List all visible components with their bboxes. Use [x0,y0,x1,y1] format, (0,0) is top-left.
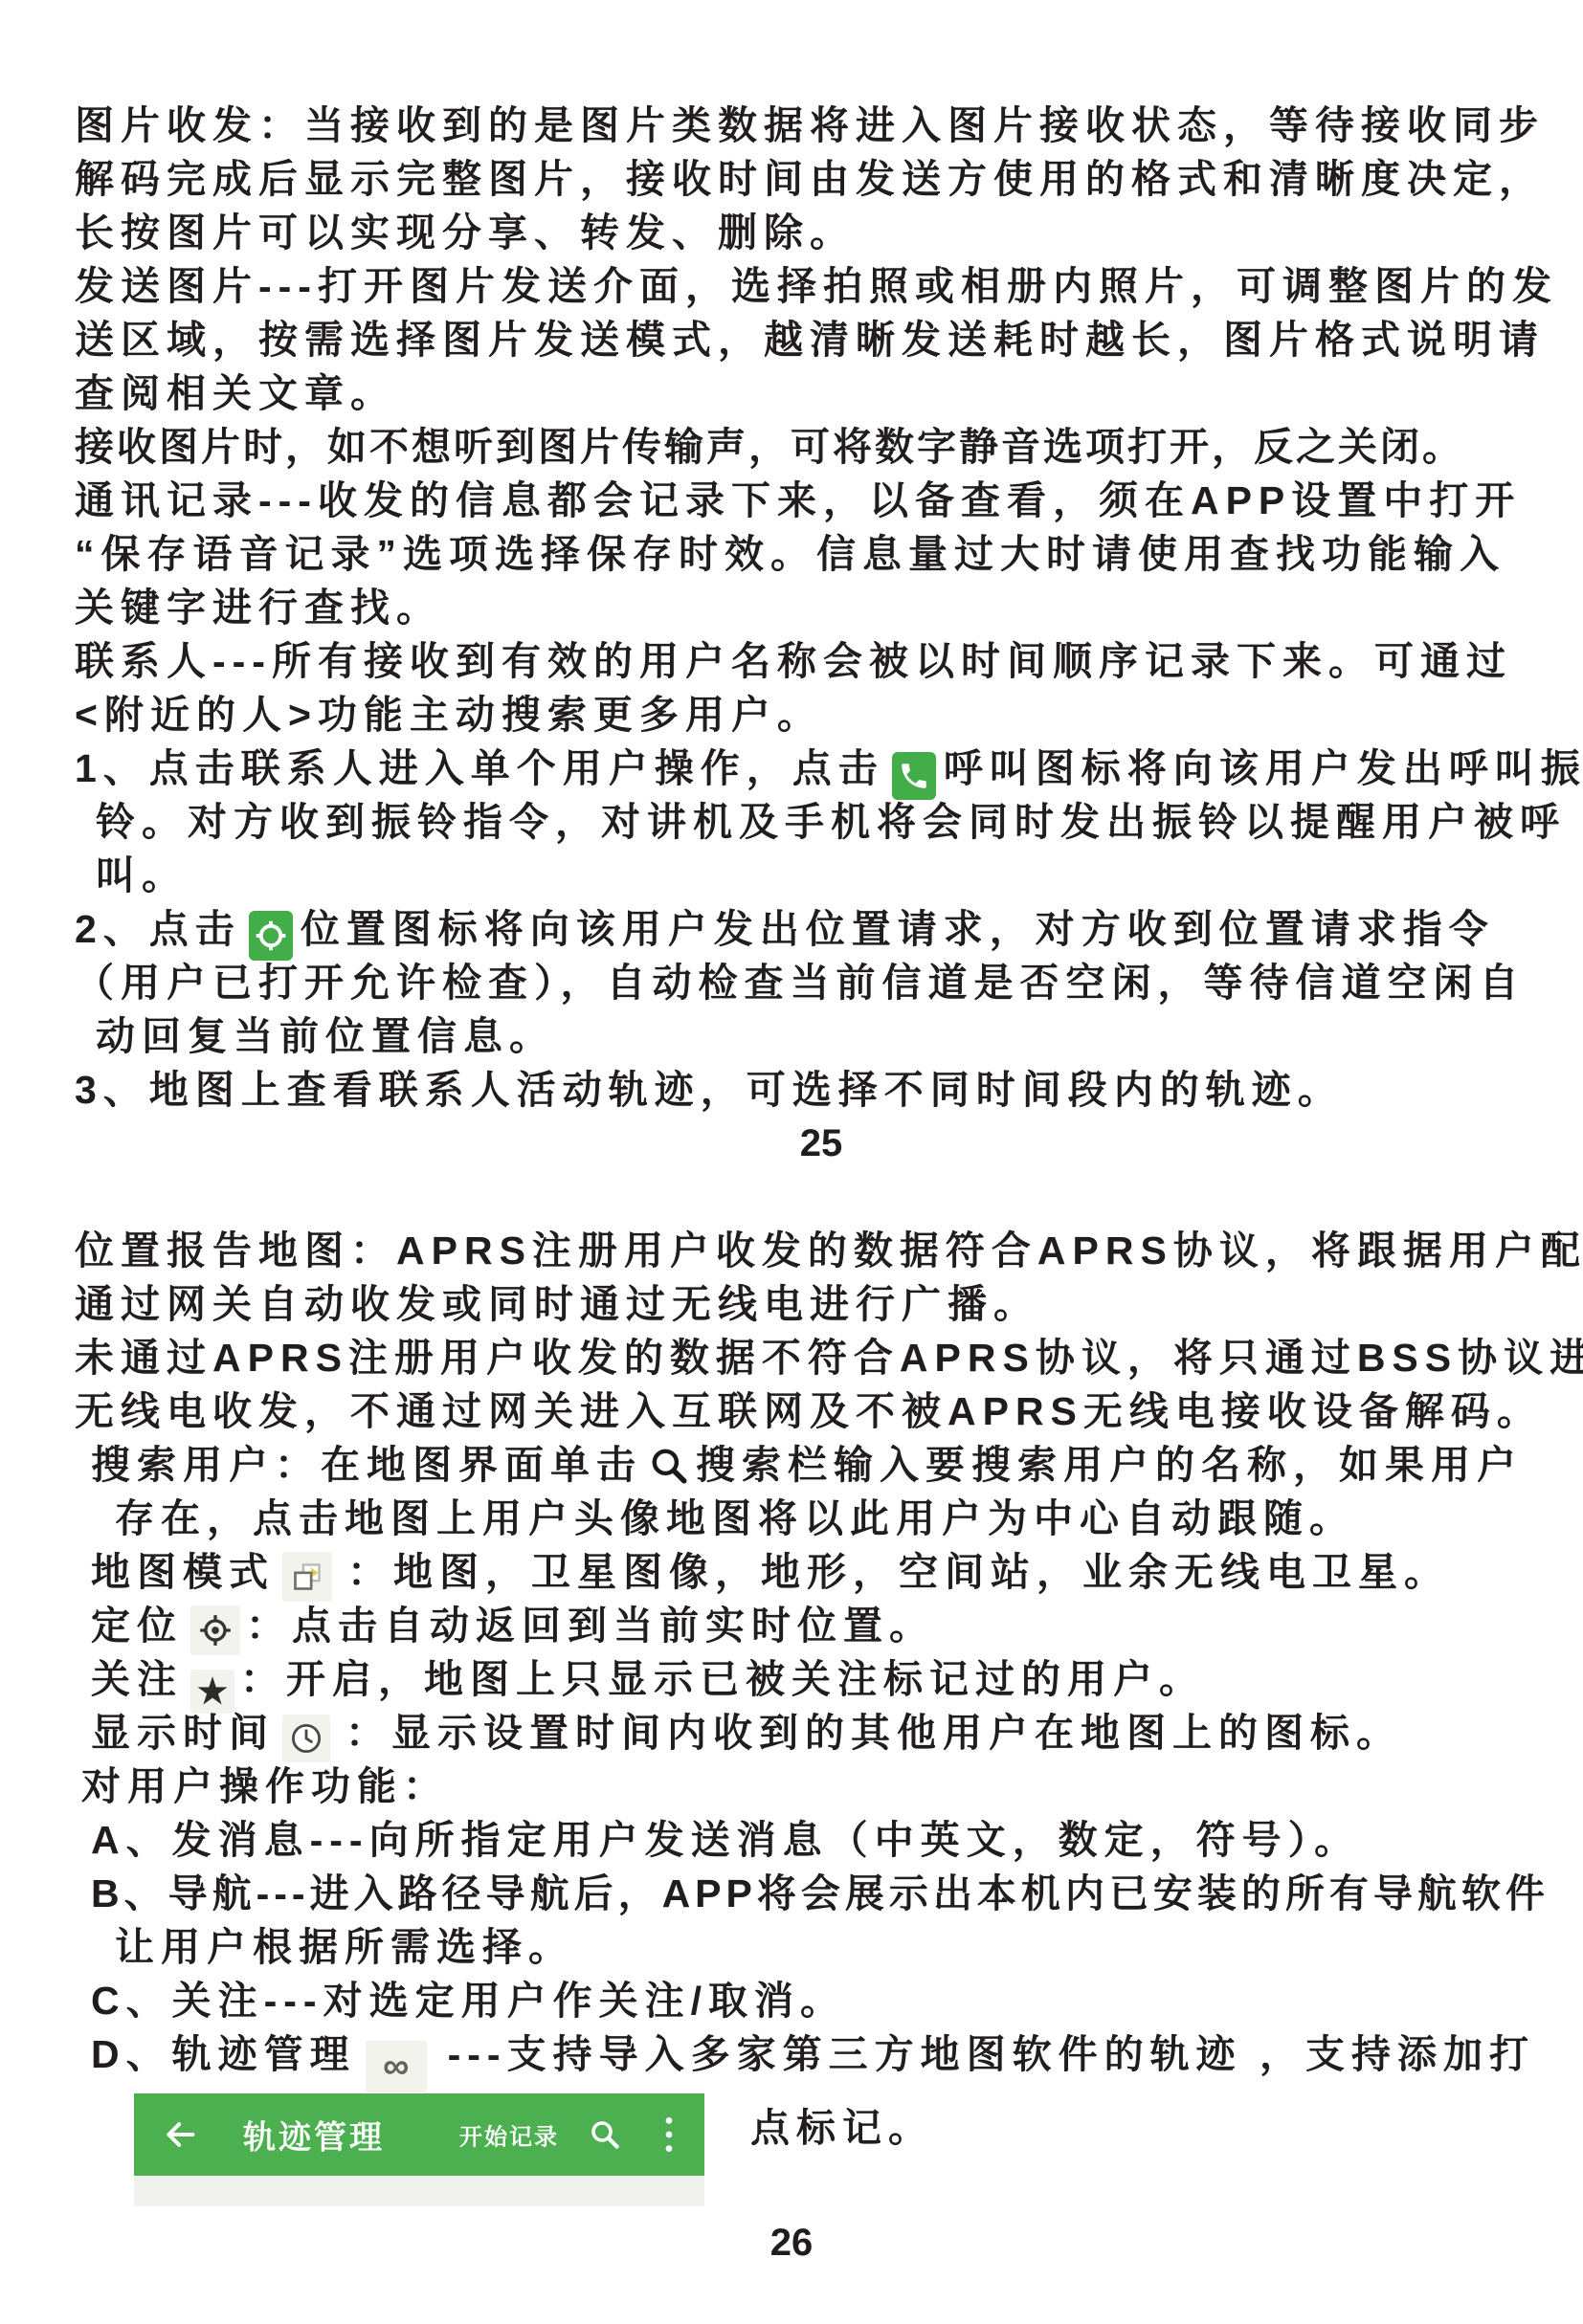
line-text: 未通过APRS注册用户收发的数据不符合APRS协议，将只通过BSS协议进行 [75,1336,1583,1380]
map-layers-icon [282,1552,332,1602]
toolbar-screenshot-content-strip [134,2176,704,2206]
line-text: ：显示设置时间内收到的其他用户在地图上的图标。 [346,1711,1402,1755]
doc-line: 未通过APRS注册用户收发的数据不符合APRS协议，将只通过BSS协议进行 [75,1331,1568,1384]
doc-line-continuation: 点标记。 [750,2101,934,2155]
line-text: ：开启，地图上只显示已被关注标记过的用户。 [240,1657,1205,1701]
doc-line-map-mode: 地图模式：地图，卫星图像，地形，空间站，业余无线电卫星。 [75,1545,1568,1599]
document-body: 图片收发：当接收到的是图片类数据将进入图片接收状态，等待接收同步 解码完成后显示… [75,99,1568,2081]
doc-line-search-user: 搜索用户：在地图界面单击搜索栏输入要搜索用户的名称，如果用户 [75,1438,1568,1492]
page-number-text: 26 [770,2222,814,2264]
doc-line-list-2: 2、点击位置图标将向该用户发出位置请求，对方收到位置请求指令 [75,902,1568,956]
line-text: “保存语音记录”选项选择保存时效。信息量过大时请使用查找功能输入 [75,532,1505,576]
doc-line-show-time: 显示时间：显示设置时间内收到的其他用户在地图上的图标。 [75,1706,1568,1760]
line-text: ---收发的信息都会记录下来，以备查看，须在APP设置中打开 [258,478,1521,522]
doc-line-op-b: B、导航---进入路径导航后，APP将会展示出本机内已安装的所有导航软件 [75,1867,1568,1920]
doc-line-follow: 关注★：开启，地图上只显示已被关注标记过的用户。 [75,1652,1568,1706]
term-contacts: 联系人 [75,639,212,683]
doc-line: 让用户根据所需选择。 [75,1920,1568,1974]
app-toolbar-screenshot: 轨迹管理 开始记录 [134,2093,704,2176]
my-location-icon [190,1605,240,1655]
doc-line: 长按图片可以实现分享、转发、删除。 [75,206,1568,259]
doc-line: 铃。对方收到振铃指令，对讲机及手机将会同时发出振铃以提醒用户被呼 [75,795,1568,849]
doc-line: 无线电收发，不通过网关进入互联网及不被APRS无线电接收设备解码。 [75,1384,1568,1438]
page-number-25: 25 [75,1117,1568,1170]
doc-line: 送区域，按需选择图片发送模式，越清晰发送耗时越长，图片格式说明请 [75,313,1568,366]
page-number-26: 26 [0,2222,1583,2265]
call-icon [892,752,936,800]
start-record-button[interactable]: 开始记录 [459,2118,559,2152]
doc-line-op-a: A、发消息---向所指定用户发送消息（中英文，数定，符号）。 [75,1813,1568,1867]
line-text: 动回复当前位置信息。 [96,1014,555,1058]
line-text: ：点击自动返回到当前实时位置。 [246,1604,935,1648]
doc-line: 关键字进行查找。 [75,581,1568,634]
doc-line: （用户已打开允许检查），自动检查当前信道是否空闲，等待信道空闲自 [75,956,1568,1009]
route-manager-icon: ∞ [366,2041,427,2092]
doc-line-op-d: D、轨迹管理∞---支持导入多家第三方地图软件的轨迹 ，支持添加打 [75,2027,1568,2081]
doc-line-locate: 定位：点击自动返回到当前实时位置。 [75,1599,1568,1652]
term-map-mode: 地图模式 [91,1550,275,1594]
doc-line-bold-note: 接收图片时，如不想听到图片传输声，可将数字静音选项打开，反之关闭。 [75,420,1568,474]
line-text: APRS注册用户收发的数据符合APRS协议，将跟据用户配置 [396,1228,1583,1273]
line-text: （用户已打开允许检查），自动检查当前信道是否空闲，等待信道空闲自 [75,961,1526,1005]
doc-line: 联系人---所有接收到有效的用户名称会被以时间顺序记录下来。可通过 [75,634,1568,688]
manual-page: 图片收发：当接收到的是图片类数据将进入图片接收状态，等待接收同步 解码完成后显示… [0,0,1583,2324]
line-text: 铃。对方收到振铃指令，对讲机及手机将会同时发出振铃以提醒用户被呼 [96,800,1566,844]
line-text: 位置图标将向该用户发出位置请求，对方收到位置请求指令 [301,907,1495,951]
doc-line: 动回复当前位置信息。 [75,1009,1568,1063]
doc-line-ops-heading: 对用户操作功能： [75,1760,1568,1813]
search-icon [648,1445,690,1487]
line-text: 解码完成后显示完整图片，接收时间由发送方使用的格式和清晰度决定， [75,157,1545,201]
line-text: 叫。 [96,853,188,897]
doc-line: 查阅相关文章。 [75,366,1568,420]
line-text: D、轨迹管理 [91,2032,356,2076]
overflow-menu-icon[interactable] [660,2114,678,2156]
doc-line: 位置报告地图：APRS注册用户收发的数据符合APRS协议，将跟据用户配置 [75,1224,1568,1277]
line-text: B、导航---进入路径导航后，APP将会展示出本机内已安装的所有导航软件 [91,1871,1550,1915]
doc-line: “保存语音记录”选项选择保存时效。信息量过大时请使用查找功能输入 [75,527,1568,581]
doc-line: 通讯记录---收发的信息都会记录下来，以备查看，须在APP设置中打开 [75,474,1568,527]
term-show-time: 显示时间 [91,1711,275,1755]
line-text: 让用户根据所需选择。 [115,1925,574,1969]
line-text: 3、地图上查看联系人活动轨迹，可选择不同时间段内的轨迹。 [75,1068,1344,1112]
line-text: ---打开图片发送介面，选择拍照或相册内照片，可调整图片的发 [258,264,1558,308]
term-follow: 关注 [91,1657,183,1701]
term-comm-records: 通讯记录 [75,478,258,522]
term-send-image: 发送图片 [75,264,258,308]
line-text: 呼叫图标将向该用户发出呼叫振 [944,746,1583,790]
line-text: 查阅相关文章。 [75,371,396,415]
line-text: 搜索栏输入要搜索用户的名称，如果用户 [696,1443,1523,1487]
doc-line: 解码完成后显示完整图片，接收时间由发送方使用的格式和清晰度决定， [75,152,1568,206]
route-glyph: ∞ [383,2043,409,2091]
term-image-transfer: 图片收发： [75,103,304,147]
line-text: 通过网关自动收发或同时通过无线电进行广播。 [75,1282,1039,1326]
line-text: 关键字进行查找。 [75,586,442,630]
back-arrow-icon[interactable] [161,2115,199,2154]
line-text: 对用户操作功能： [81,1764,449,1808]
term-search-user: 搜索用户： [91,1443,321,1487]
term-locate: 定位 [91,1604,183,1648]
line-text: 无线电收发，不通过网关进入互联网及不被APRS无线电接收设备解码。 [75,1389,1543,1433]
doc-line: <附近的人>功能主动搜索更多用户。 [75,688,1568,741]
line-text: 长按图片可以实现分享、转发、删除。 [75,210,856,255]
line-text: 接收图片时，如不想听到图片传输声，可将数字静音选项打开，反之关闭。 [75,425,1464,469]
term-position-report-map: 位置报告地图： [75,1228,396,1273]
doc-line: 存在，点击地图上用户头像地图将以此用户为中心自动跟随。 [75,1492,1568,1545]
line-text: 存在，点击地图上用户头像地图将以此用户为中心自动跟随。 [115,1496,1355,1540]
doc-line: 通过网关自动收发或同时通过无线电进行广播。 [75,1277,1568,1331]
line-text: ---所有接收到有效的用户名称会被以时间顺序记录下来。可通过 [212,639,1512,683]
line-text: 2、点击 [75,907,241,951]
clock-icon [282,1715,330,1762]
page-number-text: 25 [800,1122,843,1164]
toolbar-title: 轨迹管理 [243,2112,385,2158]
line-text: <附近的人>功能主动搜索更多用户。 [75,693,823,737]
line-text: 当接收到的是图片类数据将进入图片接收状态，等待接收同步 [304,103,1545,147]
line-text: 在地图界面单击 [321,1443,642,1487]
doc-line: 发送图片---打开图片发送介面，选择拍照或相册内照片，可调整图片的发 [75,259,1568,313]
spacer-row [75,1170,1568,1224]
line-text: 1、点击联系人进入单个用户操作，点击 [75,746,884,790]
toolbar-search-icon[interactable] [588,2117,622,2152]
line-text: A、发消息---向所指定用户发送消息（中英文，数定，符号）。 [91,1818,1360,1862]
doc-line: 叫。 [75,849,1568,902]
line-text: 送区域，按需选择图片发送模式，越清晰发送耗时越长，图片格式说明请 [75,318,1545,362]
doc-line-list-1: 1、点击联系人进入单个用户操作，点击呼叫图标将向该用户发出呼叫振 [75,741,1568,795]
line-text: 点标记。 [750,2106,934,2150]
line-text: ---支持导入多家第三方地图软件的轨迹 ，支持添加打 [448,2032,1535,2076]
doc-line-list-3: 3、地图上查看联系人活动轨迹，可选择不同时间段内的轨迹。 [75,1063,1568,1117]
location-request-icon [249,911,293,961]
doc-line-op-c: C、关注---对选定用户作关注/取消。 [75,1974,1568,2027]
line-text: C、关注---对选定用户作关注/取消。 [91,1979,846,2023]
line-text: ：地图，卫星图像，地形，空间站，业余无线电卫星。 [347,1550,1450,1594]
doc-line: 图片收发：当接收到的是图片类数据将进入图片接收状态，等待接收同步 [75,99,1568,152]
